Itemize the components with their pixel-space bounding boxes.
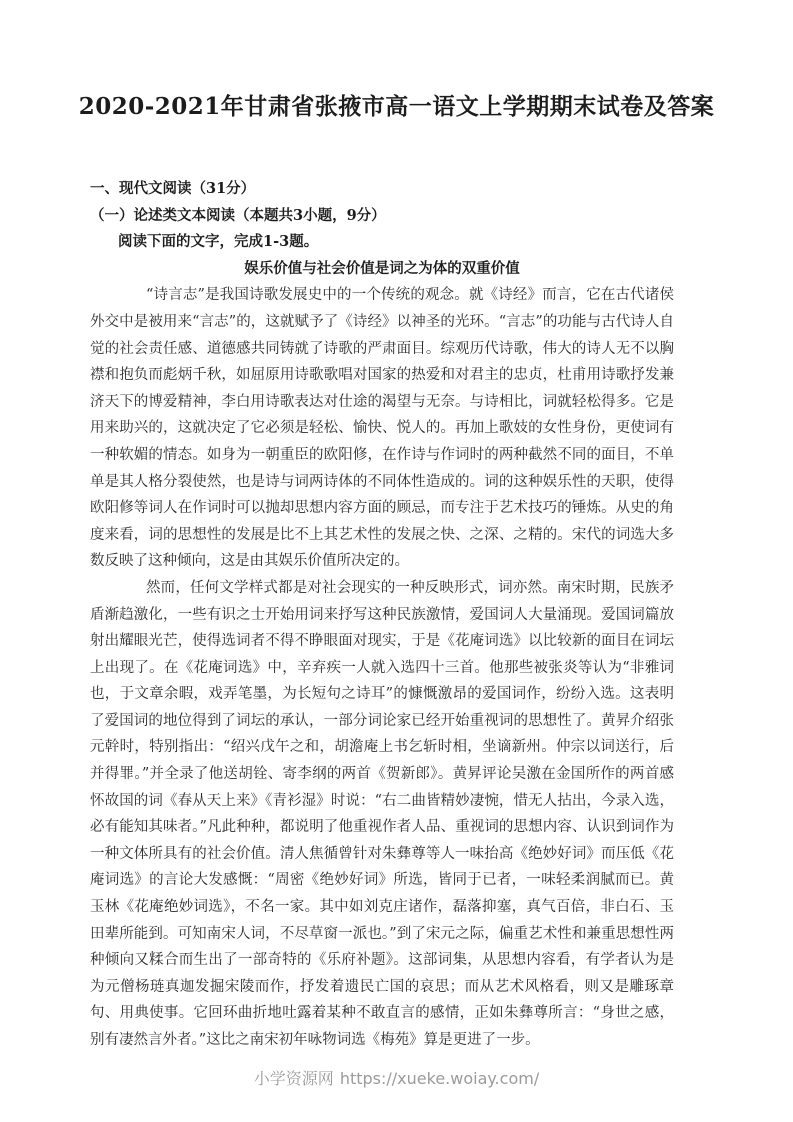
subsection-heading: （一）论述类文本阅读（本题共3小题，9分）	[90, 203, 674, 230]
section-heading: 一、现代文阅读（31分）	[90, 176, 674, 203]
essay-title: 娱乐价值与社会价值是词之为体的双重价值	[90, 256, 674, 283]
document-title: 2020-2021年甘肃省张掖市高一语文上学期期末试卷及答案	[0, 88, 793, 121]
reading-instruction: 阅读下面的文字，完成1-3题。	[90, 229, 674, 256]
watermark-footer: 小学资源网https://xueke.woiay.com/	[0, 1066, 793, 1089]
footer-site-name: 小学资源网	[254, 1069, 334, 1088]
document-page: 2020-2021年甘肃省张掖市高一语文上学期期末试卷及答案 一、现代文阅读（3…	[0, 0, 793, 1122]
document-body: 一、现代文阅读（31分） （一）论述类文本阅读（本题共3小题，9分） 阅读下面的…	[90, 176, 674, 1054]
essay-paragraph-2: 然而，任何文学样式都是对社会现实的一种反映形式，词亦然。南宋时期，民族矛盾渐趋激…	[90, 575, 674, 1054]
essay-paragraph-1: “诗言志”是我国诗歌发展史中的一个传统的观念。就《诗经》而言，它在古代诸侯外交中…	[90, 282, 674, 575]
footer-url: https://xueke.woiay.com/	[340, 1069, 539, 1088]
